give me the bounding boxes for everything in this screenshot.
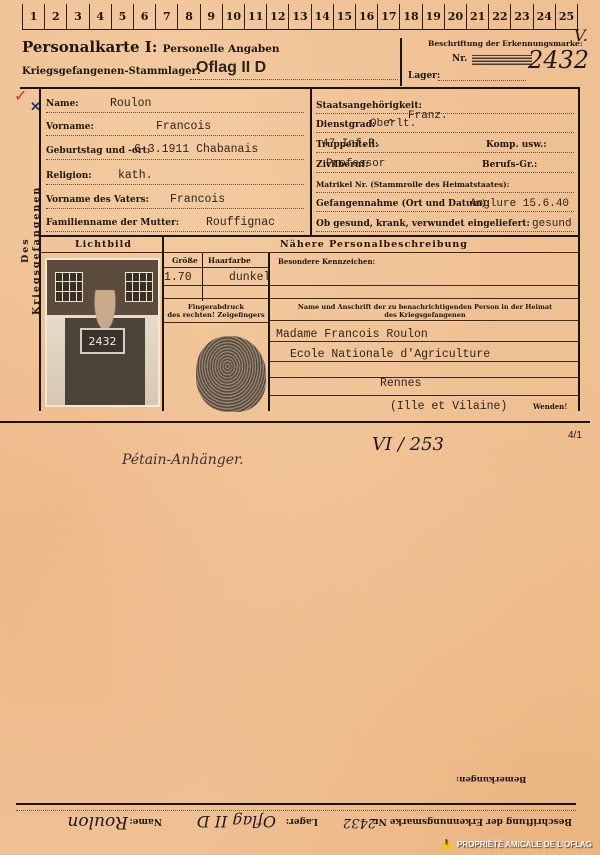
nr-struck-value xyxy=(472,55,532,65)
watermark-text: PROPRIÉTÉ AMICALE DE L'OFLAG xyxy=(457,840,592,849)
fingerprint-image xyxy=(196,336,266,412)
check-mark: V. xyxy=(574,26,588,45)
field-dotted-line xyxy=(316,132,574,133)
reference-number: VI / 253 xyxy=(372,434,444,455)
contact-line-4: (Ille et Vilaine) xyxy=(390,400,507,413)
card-bottom-rule xyxy=(0,421,590,423)
field-label: Gefangennahme (Ort und Datum): xyxy=(316,199,490,209)
field-value: Francois xyxy=(170,193,225,206)
contact-rule xyxy=(270,320,578,321)
section-rule xyxy=(39,235,580,237)
footer-tag-value: 2432 xyxy=(343,815,376,830)
field-dotted-line xyxy=(316,172,574,173)
camp-dotted-line xyxy=(190,79,398,80)
number-cell: 23 xyxy=(510,4,532,29)
height-label: Größe xyxy=(172,256,198,265)
lager-label: Lager: xyxy=(408,71,440,81)
number-cell: 2 xyxy=(44,4,66,29)
contact-underline xyxy=(270,395,578,396)
page-marker: 4/1 xyxy=(568,430,582,441)
fingerprint-label-line2: des rechten! Zeigefingers xyxy=(164,311,268,319)
right-frame-line xyxy=(578,89,580,411)
middle-divider xyxy=(310,89,312,235)
marks-line-2 xyxy=(164,298,578,299)
number-cell: 20 xyxy=(444,4,466,29)
field-dotted-line xyxy=(46,231,304,232)
contact-underline xyxy=(270,377,578,378)
field-dotted-line xyxy=(316,211,574,212)
number-cell: 12 xyxy=(266,4,288,29)
field-value: gesund xyxy=(532,218,572,230)
footer-lager-value: Oflag II D xyxy=(197,812,276,831)
header-divider xyxy=(400,38,402,86)
field-dotted-line xyxy=(316,152,574,153)
camp-value: Oflag II D xyxy=(196,59,266,77)
warning-icon xyxy=(441,839,453,849)
watermark: PROPRIÉTÉ AMICALE DE L'OFLAG xyxy=(441,839,592,849)
field-label: Staatsangehörigkeit: xyxy=(316,101,422,111)
field-value: Roulon xyxy=(110,97,151,110)
number-cell: 24 xyxy=(533,4,555,29)
fingerprint-rule xyxy=(164,322,268,323)
remarks-label-inverted: Bemerkungen: xyxy=(456,774,526,784)
height-value: 1.70 xyxy=(164,271,192,284)
field-value: 6.3.1911 Chabanais xyxy=(134,143,258,156)
number-cell: 6 xyxy=(133,4,155,29)
description-heading-rule xyxy=(164,252,578,253)
footer-inverted-line: Beschriftung der Erkennungsmarke Nr. 243… xyxy=(16,808,576,832)
lager-dotted-line xyxy=(438,80,526,81)
field-label: Vorname des Vaters: xyxy=(46,195,149,205)
footer-tag-label: Beschriftung der Erkennungsmarke Nr. xyxy=(371,816,572,826)
field-dotted-line xyxy=(46,135,304,136)
red-check-icon: ✓ xyxy=(14,86,27,105)
height-divider xyxy=(202,253,203,301)
nr-value: 2432 xyxy=(528,46,589,74)
height-header-rule xyxy=(164,267,268,268)
number-cell: 8 xyxy=(177,4,199,29)
prisoner-photo: 2432 xyxy=(45,258,160,407)
field-value: 47 Inf.R. xyxy=(322,138,381,150)
number-cell: 11 xyxy=(244,4,266,29)
number-strip: 1234567891011121314151617181920212223242… xyxy=(22,4,578,30)
number-cell: 3 xyxy=(66,4,88,29)
field-label: Ob gesund, krank, verwundet eingeliefert… xyxy=(316,219,530,229)
number-cell: 15 xyxy=(333,4,355,29)
footer-name-value: Roulon xyxy=(67,812,128,832)
field-dotted-line xyxy=(46,159,304,160)
field-dotted-line xyxy=(46,184,304,185)
contact-label-line2: des Kriegsgefangenen xyxy=(272,311,578,319)
description-heading: Nähere Personalbeschreibung xyxy=(280,239,468,250)
number-cell: 4 xyxy=(89,4,111,29)
number-cell: 5 xyxy=(111,4,133,29)
number-cell: 10 xyxy=(222,4,244,29)
number-cell: 17 xyxy=(377,4,399,29)
nr-label: Nr. xyxy=(452,54,467,64)
number-cell: 9 xyxy=(200,4,222,29)
field-label: Familienname der Mutter: xyxy=(46,218,179,228)
photo-slate: 2432 xyxy=(80,328,125,354)
number-cell: 21 xyxy=(466,4,488,29)
camp-label: Kriegsgefangenen-Stammlager: xyxy=(22,66,201,77)
fingerprint-label-line1: Fingerabdruck xyxy=(164,303,268,311)
field-label: Name: xyxy=(46,99,79,109)
footer-lager-label: Lager: xyxy=(286,816,318,826)
field-dotted-line xyxy=(316,231,574,232)
contact-line-3: Rennes xyxy=(380,377,421,390)
field-extra-label: Komp. usw.: xyxy=(486,140,547,150)
accent-mark: ^ xyxy=(386,117,395,130)
footer-name-label: Name: xyxy=(129,816,162,826)
number-cell: 18 xyxy=(399,4,421,29)
marks-label: Besondere Kennzeichen: xyxy=(278,257,375,266)
field-label: Religion: xyxy=(46,171,92,181)
field-dotted-line xyxy=(316,192,574,193)
card-title: Personalkarte I: Personelle Angaben xyxy=(22,38,280,56)
photo-heading: Lichtbild xyxy=(75,239,132,250)
contact-label-line1: Name und Anschrift der zu benachrichtige… xyxy=(272,303,578,311)
contact-underline xyxy=(270,341,578,342)
number-cell: 7 xyxy=(155,4,177,29)
photo-heading-rule xyxy=(40,252,162,253)
footer-rule xyxy=(16,803,576,805)
turn-label: Wenden! xyxy=(533,402,567,411)
card-subtitle: Personelle Angaben xyxy=(163,43,280,55)
field-label: Vorname: xyxy=(46,122,94,132)
card-title-text: Personalkarte I: xyxy=(22,38,157,56)
header-bottom-rule xyxy=(20,87,580,89)
number-cell: 16 xyxy=(355,4,377,29)
vertical-label: Des Kriegsgefangenen xyxy=(20,170,36,330)
number-cell: 19 xyxy=(422,4,444,29)
field-value: Rouffignac xyxy=(206,216,275,229)
marks-line xyxy=(164,285,578,286)
field-value: Professor xyxy=(326,158,385,170)
number-cell: 22 xyxy=(488,4,510,29)
hair-value: dunkel xyxy=(229,271,270,284)
field-value: Francois xyxy=(156,120,211,133)
number-cell: 14 xyxy=(311,4,333,29)
field-value: kath. xyxy=(118,169,153,182)
contact-underline xyxy=(270,361,578,362)
handwritten-note: Pétain-Anhänger. xyxy=(122,452,244,468)
field-label: Dienstgrad: xyxy=(316,120,375,130)
number-cell: 1 xyxy=(22,4,44,29)
number-cell: 13 xyxy=(288,4,310,29)
field-dotted-line xyxy=(46,112,304,113)
field-extra-label: Berufs-Gr.: xyxy=(482,160,537,170)
fingerprint-label: Fingerabdruck des rechten! Zeigefingers xyxy=(164,303,268,319)
contact-label: Name und Anschrift der zu benachrichtige… xyxy=(272,303,578,319)
photo-divider xyxy=(162,237,164,411)
field-label: Matrikel Nr. (Stammrolle des Heimatstaat… xyxy=(316,180,509,189)
contact-line-1: Madame Francois Roulon xyxy=(276,328,428,341)
hair-label: Haarfarbe xyxy=(208,256,251,265)
field-dotted-line xyxy=(46,208,304,209)
field-value: Anglure 15.6.40 xyxy=(470,198,569,210)
contact-line-2: Ecole Nationale d'Agriculture xyxy=(290,348,490,361)
